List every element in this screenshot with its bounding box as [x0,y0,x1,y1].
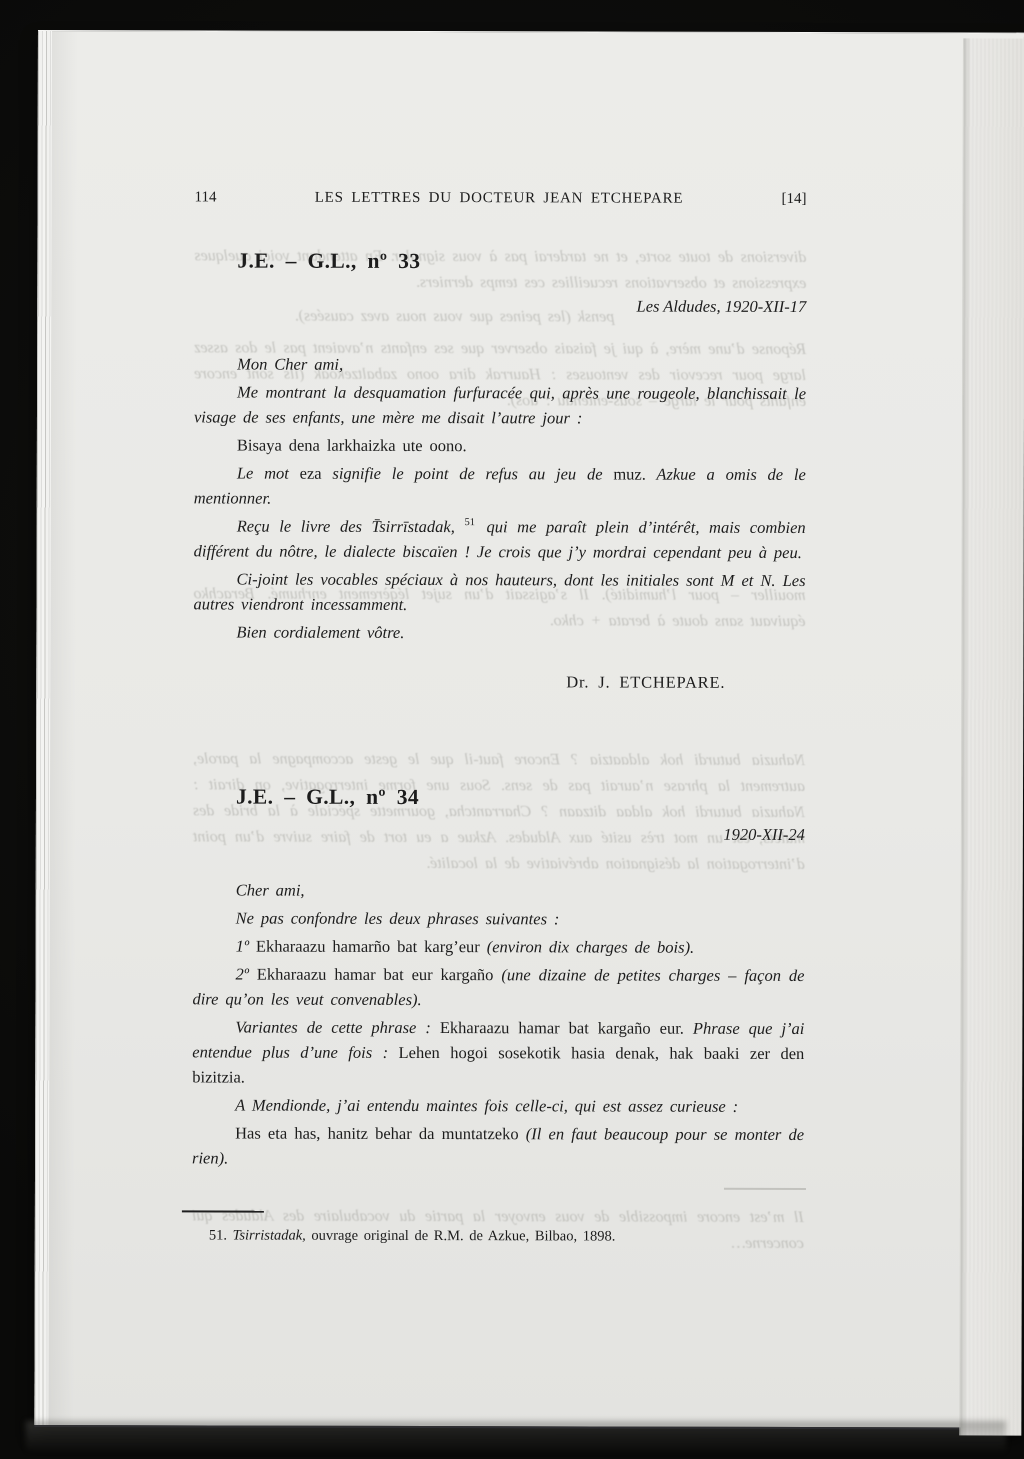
photograph-of-book: { "page": { "header": { "page_number": "… [0,0,1024,1459]
running-title: LES LETTRES DU DOCTEUR JEAN ETCHEPARE [315,189,684,209]
letter-33-signature: Dr. J. ETCHEPARE. [193,670,805,693]
letter-33-dateline: Les Aldudes, 1920-XII-17 [194,295,806,317]
text-segment: 2º [236,965,257,984]
text-segment: (environ dix charges de bois). [487,937,695,957]
book-page: diversions de toute sorte, et ne tardera… [34,30,1024,1430]
text-segment: muz. [613,465,646,484]
paragraph: 1º Ekharaazu hamarño bat karg’eur (envir… [193,933,805,960]
text-segment: Ne pas confondre les deux phrases suivan… [236,909,560,929]
paragraph: Bisaya dena larkhaizka ute oono. [194,432,806,459]
letter-34-dateline: 1920-XII-24 [193,823,805,845]
text-segment: Tsirristadak, [233,1228,306,1244]
text-segment: ouvrage original de R.M. de Azkue, Bilba… [306,1228,616,1245]
text-segment: Bien cordialement vôtre. [236,623,404,642]
letter-34-heading: J.E. – G.L., nº 34 [193,783,805,811]
paragraph: Mon Cher ami, [194,351,806,378]
text-segment: Cher ami, [236,881,305,900]
text-segment: Ci-joint les vocables spéciaux à nos hau… [193,570,805,614]
letter-34-body: Cher ami,Ne pas confondre les deux phras… [192,877,805,1172]
spine-shading [48,31,78,1425]
paragraph: Variantes de cette phrase : Ekharaazu ha… [192,1014,804,1091]
text-segment: Reçu le livre des T̄sirrīstadak, [237,517,465,537]
paper-texture [960,38,1024,1435]
page-number: 114 [195,188,217,207]
paragraph: Ne pas confondre les deux phrases suivan… [193,905,805,932]
footnote-block: 51. Tsirristadak, ouvrage original de R.… [192,1210,804,1247]
text-segment: 51. [209,1227,233,1243]
paragraph: A Mendionde, j’ai entendu maintes fois c… [192,1092,804,1119]
leaf-number: [14] [782,190,807,209]
running-header: 114 LES LETTRES DU DOCTEUR JEAN ETCHEPAR… [195,31,807,209]
facing-page-edge [959,38,1024,1435]
text-segment: Bisaya dena larkhaizka ute oono. [237,436,467,456]
text-segment: Ekharaazu hamarño bat karg’eur [256,937,487,957]
letter-33-heading: J.E. – G.L., nº 33 [194,247,806,275]
text-segment: signifie le point de refus au jeu de [322,464,614,484]
paragraph: Reçu le livre des T̄sirrīstadak, 51 qui … [194,513,806,565]
text-segment: Ekharaazu hamar bat kargaño eur. [440,1018,693,1038]
text-segment: eza [300,464,322,483]
paragraph: Cher ami, [193,877,805,904]
paragraph: Has eta has, hanitz behar da muntatzeko … [192,1120,804,1172]
paragraph: Me montrant la desquamation furfuracée q… [194,379,806,431]
text-segment: 51 [464,517,475,528]
text-segment: 1º [236,937,256,956]
paragraph: Bien cordialement vôtre. [193,619,805,646]
text-segment: Variantes de cette phrase : [235,1018,439,1038]
text-segment: Ekharaazu hamar bat eur kargaño [257,965,502,985]
text-block: 114 LES LETTRES DU DOCTEUR JEAN ETCHEPAR… [192,31,807,1261]
text-segment: Has eta has, hanitz behar da muntatzeko [235,1124,526,1144]
letter-33-body: Mon Cher ami,Me montrant la desquamation… [193,351,806,646]
paragraph: Ci-joint les vocables spéciaux à nos hau… [193,566,805,618]
text-segment: Mon Cher ami, [237,355,343,374]
text-segment: A Mendionde, j’ai entendu maintes fois c… [235,1096,738,1116]
page-shadow [26,1421,1006,1459]
paragraph: 2º Ekharaazu hamar bat eur kargaño (une … [192,961,804,1013]
footnote: 51. Tsirristadak, ouvrage original de R.… [192,1225,804,1247]
text-segment: Le mot [237,464,300,483]
paragraph: Le mot eza signifie le point de refus au… [194,460,806,512]
footnote-rule [182,1210,264,1212]
text-segment: Me montrant la desquamation furfuracée q… [194,383,806,428]
